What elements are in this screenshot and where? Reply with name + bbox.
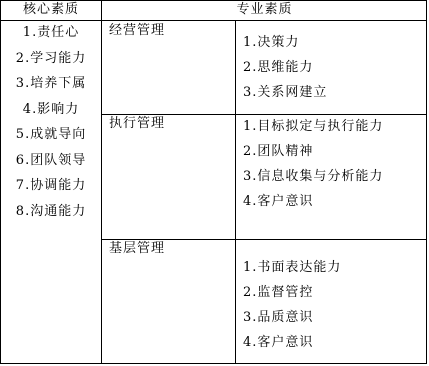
core-quality-item: 2.学习能力 [1, 46, 101, 72]
professional-item: 1.书面表达能力 [243, 255, 341, 280]
professional-item: 2.思维能力 [243, 55, 327, 80]
professional-item: 4.客户意识 [243, 189, 383, 214]
group-items-business-management: 1.决策力 2.思维能力 3.关系网建立 [243, 30, 327, 105]
professional-item: 1.决策力 [243, 30, 327, 55]
professional-item: 3.关系网建立 [243, 80, 327, 105]
core-quality-item: 5.成就导向 [1, 122, 101, 148]
core-quality-item: 6.团队领导 [1, 148, 101, 174]
group-items-frontline-management: 1.书面表达能力 2.监督管控 3.品质意识 4.客户意识 [243, 255, 341, 355]
header-professional: 专业素质 [102, 2, 427, 18]
core-quality-item: 4.影响力 [1, 97, 101, 123]
header-core: 核心素质 [1, 2, 101, 18]
core-quality-item: 3.培养下属 [1, 71, 101, 97]
core-qualities-list: 1.责任心 2.学习能力 3.培养下属 4.影响力 5.成就导向 6.团队领导 … [1, 20, 101, 224]
group-items-execution-management: 1.目标拟定与执行能力 2.团队精神 3.信息收集与分析能力 4.客户意识 [243, 114, 383, 214]
core-quality-item: 7.协调能力 [1, 173, 101, 199]
core-quality-item: 8.沟通能力 [1, 199, 101, 225]
core-quality-item: 1.责任心 [1, 20, 101, 46]
professional-item: 1.目标拟定与执行能力 [243, 114, 383, 139]
column-divider-items [235, 20, 236, 364]
professional-item: 2.团队精神 [243, 139, 383, 164]
group-name-frontline-management: 基层管理 [109, 241, 165, 257]
professional-item: 3.品质意识 [243, 305, 341, 330]
group-name-execution-management: 执行管理 [109, 116, 165, 132]
professional-item: 2.监督管控 [243, 280, 341, 305]
column-divider-core [101, 0, 102, 364]
professional-item: 3.信息收集与分析能力 [243, 164, 383, 189]
row-divider-2 [101, 239, 427, 240]
professional-item: 4.客户意识 [243, 330, 341, 355]
group-name-business-management: 经营管理 [109, 23, 165, 39]
